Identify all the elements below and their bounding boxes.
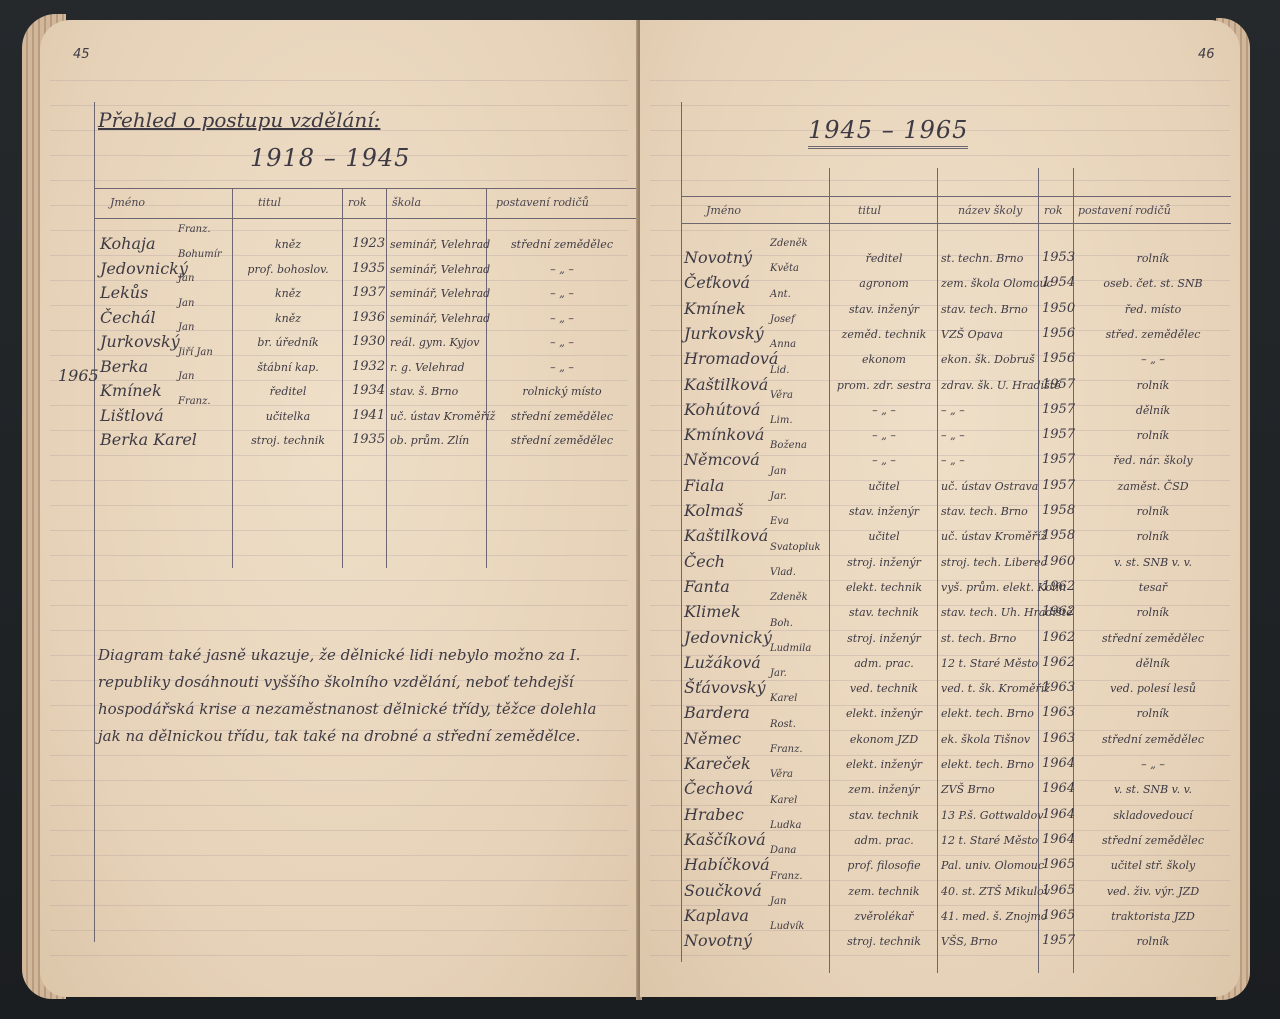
ruled-line [650, 105, 1230, 106]
school-cell: zem. škola Olomouc [941, 277, 1053, 290]
page-number-right: 46 [1198, 47, 1215, 62]
school-cell: 13 P.š. Gottwaldov [941, 809, 1043, 822]
title-cell: stav. inženýr [834, 303, 934, 316]
ruled-line [50, 555, 628, 556]
school-cell: uč. ústav Ostrava [941, 480, 1038, 493]
title-cell: stroj. technik [834, 935, 934, 948]
school-cell: seminář, Velehrad [390, 238, 490, 251]
parents-cell: ved. živ. výr. JZD [1078, 885, 1228, 898]
surname: Němec [684, 729, 741, 748]
title-cell: prom. zdr. sestra [834, 379, 934, 392]
surname: Kolmaš [684, 501, 743, 520]
right-page: 46 1945 – 1965 Jméno titul název školy r… [640, 20, 1240, 997]
year-cell: 1964 [1042, 756, 1075, 771]
given-name: Jan [770, 896, 786, 907]
surname: Hrabec [684, 805, 744, 824]
surname: Kohaja [100, 234, 156, 253]
given-name: Ludmila [770, 643, 811, 654]
surname: Jedovnický [684, 628, 772, 647]
surname: Čech [684, 552, 725, 571]
period-heading: 1945 – 1965 [808, 116, 968, 149]
surname: Kaštilková [684, 375, 768, 394]
ruled-line [50, 505, 628, 506]
column-header-title: titul [258, 196, 281, 209]
surname: Kmínek [100, 381, 162, 400]
given-name: Jan [178, 371, 194, 382]
parents-cell: dělník [1078, 404, 1228, 417]
year-cell: 1923 [352, 236, 385, 251]
ruled-line [50, 905, 628, 906]
given-name: Svatopluk [770, 542, 821, 553]
column-divider [232, 188, 233, 568]
parents-cell: střední zemědělec [1078, 632, 1228, 645]
ruled-line [650, 180, 1230, 181]
given-name: Vlad. [770, 567, 796, 578]
parents-cell: střední zemědělec [492, 410, 632, 423]
column-divider [937, 168, 938, 973]
school-cell: stav. tech. Brno [941, 505, 1028, 518]
parents-cell: rolník [1078, 252, 1228, 265]
surname: Lužáková [684, 653, 761, 672]
column-header-school: název školy [958, 204, 1022, 217]
title-cell: kněz [240, 312, 336, 325]
surname: Jurkovský [100, 332, 180, 351]
surname: Kmínek [684, 299, 746, 318]
column-header-parents: postavení rodičů [496, 196, 589, 209]
ruled-line [50, 605, 628, 606]
title-cell: stav. technik [834, 809, 934, 822]
ruled-line [650, 155, 1230, 156]
year-cell: 1957 [1042, 402, 1075, 417]
title-cell: učitel [834, 480, 934, 493]
parents-cell: řed. místo [1078, 303, 1228, 316]
parents-cell: rolnický místo [492, 385, 632, 398]
column-divider [386, 188, 387, 568]
table-header-rule [94, 218, 638, 219]
year-cell: 1962 [1042, 630, 1075, 645]
title-cell: štábní kap. [240, 361, 336, 374]
year-cell: 1954 [1042, 275, 1075, 290]
title-cell: zem. technik [834, 885, 934, 898]
title-cell: kněz [240, 238, 336, 251]
school-cell: stav. tech. Brno [941, 303, 1028, 316]
year-cell: 1932 [352, 359, 385, 374]
title-cell: kněz [240, 287, 336, 300]
surname: Hromadová [684, 349, 778, 368]
given-name: Jar. [770, 491, 787, 502]
school-cell: VZŠ Opava [941, 328, 1003, 341]
title-cell: stroj. inženýr [834, 632, 934, 645]
ruled-line [50, 880, 628, 881]
parents-cell: rolník [1078, 530, 1228, 543]
title-cell: br. úředník [240, 336, 336, 349]
school-cell: – „ – [941, 429, 965, 442]
title-cell: elekt. technik [834, 581, 934, 594]
margin-note-year: 1965 [58, 366, 99, 385]
column-header-year: rok [348, 196, 367, 209]
given-name: Věra [770, 390, 793, 401]
surname: Berka [100, 357, 148, 376]
given-name: Zdeněk [770, 592, 808, 603]
surname: Kohútová [684, 400, 760, 419]
title-cell: stroj. technik [240, 434, 336, 447]
parents-cell: skladovedoucí [1078, 809, 1228, 822]
ruled-line [50, 455, 628, 456]
year-cell: 1960 [1042, 554, 1075, 569]
column-header-name: Jméno [110, 196, 145, 209]
given-name: Boh. [770, 618, 793, 629]
ruled-line [50, 105, 628, 106]
given-name: Věra [770, 769, 793, 780]
year-cell: 1957 [1042, 377, 1075, 392]
school-cell: ZVŠ Brno [941, 783, 995, 796]
parents-cell: – „ – [492, 336, 632, 349]
ruled-line [50, 330, 628, 331]
parents-cell: rolník [1078, 429, 1228, 442]
parents-cell: rolník [1078, 379, 1228, 392]
title-cell: stroj. inženýr [834, 556, 934, 569]
year-cell: 1956 [1042, 326, 1075, 341]
ruled-line [50, 780, 628, 781]
school-cell: – „ – [941, 404, 965, 417]
school-cell: 12 t. Staré Město [941, 657, 1038, 670]
surname: Kareček [684, 754, 751, 773]
year-cell: 1964 [1042, 781, 1075, 796]
year-cell: 1935 [352, 432, 385, 447]
title-cell: – „ – [834, 404, 934, 417]
column-header-name: Jméno [706, 204, 741, 217]
title-cell: prof. bohoslov. [240, 263, 336, 276]
surname: Němcová [684, 450, 760, 469]
surname: Novotný [684, 248, 752, 267]
school-cell: st. tech. Brno [941, 632, 1016, 645]
given-name: Jan [178, 322, 194, 333]
surname: Novotný [684, 931, 752, 950]
column-header-parents: postavení rodičů [1078, 204, 1171, 217]
year-cell: 1962 [1042, 579, 1075, 594]
ruled-line [50, 480, 628, 481]
summary-paragraph: Diagram také jasně ukazuje, že dělnické … [98, 642, 618, 750]
table-top-rule [94, 188, 638, 189]
title-cell: zem. inženýr [834, 783, 934, 796]
parents-cell: střed. zemědělec [1078, 328, 1228, 341]
title-cell: – „ – [834, 454, 934, 467]
title-cell: – „ – [834, 429, 934, 442]
given-name: Ludvík [770, 921, 804, 932]
title-cell: ved. technik [834, 682, 934, 695]
surname: Lištlová [100, 406, 164, 425]
surname: Čechová [684, 779, 753, 798]
title-cell: ředitel [240, 385, 336, 398]
parents-cell: oseb. čet. st. SNB [1078, 277, 1228, 290]
title-cell: zeměd. technik [834, 328, 934, 341]
year-cell: 1965 [1042, 908, 1075, 923]
given-name: Jiří Jan [178, 347, 213, 358]
surname: Bardera [684, 703, 750, 722]
ruled-line [50, 755, 628, 756]
school-cell: reál. gym. Kyjov [390, 336, 480, 349]
given-name: Ant. [770, 289, 791, 300]
page-number-left: 45 [73, 47, 90, 62]
parents-cell: rolník [1078, 935, 1228, 948]
column-divider [342, 188, 343, 568]
school-cell: r. g. Velehrad [390, 361, 465, 374]
year-cell: 1937 [352, 285, 385, 300]
year-cell: 1963 [1042, 731, 1075, 746]
given-name: Jar. [770, 668, 787, 679]
school-cell: ob. prům. Zlín [390, 434, 469, 447]
surname: Habíčková [684, 855, 770, 874]
surname: Klimek [684, 602, 741, 621]
parents-cell: – „ – [1078, 758, 1228, 771]
column-header-title: titul [858, 204, 881, 217]
given-name: Bohumír [178, 249, 222, 260]
surname: Kaščíková [684, 830, 766, 849]
year-cell: 1963 [1042, 680, 1075, 695]
title-cell: ekonom [834, 353, 934, 366]
surname: Fanta [684, 577, 730, 596]
given-name: Eva [770, 516, 789, 527]
year-cell: 1963 [1042, 705, 1075, 720]
school-cell: – „ – [941, 454, 965, 467]
year-cell: 1965 [1042, 857, 1075, 872]
title-cell: stav. inženýr [834, 505, 934, 518]
year-cell: 1930 [352, 334, 385, 349]
given-name: Dana [770, 845, 796, 856]
title-cell: prof. filosofie [834, 859, 934, 872]
given-name: Anna [770, 339, 796, 350]
school-cell: seminář, Velehrad [390, 263, 490, 276]
parents-cell: rolník [1078, 606, 1228, 619]
parents-cell: střední zemědělec [1078, 834, 1228, 847]
parents-cell: – „ – [1078, 353, 1228, 366]
given-name: Jan [770, 466, 786, 477]
ruled-line [50, 580, 628, 581]
school-cell: ekon. šk. Dobruš [941, 353, 1035, 366]
title-cell: stav. technik [834, 606, 934, 619]
margin-line [94, 102, 95, 942]
ruled-line [50, 630, 628, 631]
title-cell: ekonom JZD [834, 733, 934, 746]
ruled-line [50, 530, 628, 531]
ruled-line [50, 805, 628, 806]
given-name: Karel [770, 795, 797, 806]
year-cell: 1965 [1042, 883, 1075, 898]
year-cell: 1958 [1042, 528, 1075, 543]
surname: Fiala [684, 476, 724, 495]
parents-cell: ved. polesí lesů [1078, 682, 1228, 695]
ruled-line [50, 180, 628, 181]
ruled-line [50, 305, 628, 306]
ruled-line [50, 255, 628, 256]
school-cell: stroj. tech. Liberec [941, 556, 1047, 569]
surname: Berka Karel [100, 430, 197, 449]
title-cell: ředitel [834, 252, 934, 265]
ruled-line [50, 280, 628, 281]
column-divider [829, 168, 830, 973]
surname: Čeťková [684, 273, 750, 292]
surname: Jurkovský [684, 324, 764, 343]
school-cell: ved. t. šk. Kroměříž [941, 682, 1050, 695]
title-cell: elekt. inženýr [834, 758, 934, 771]
parents-cell: traktorista JZD [1078, 910, 1228, 923]
year-cell: 1964 [1042, 807, 1075, 822]
year-cell: 1941 [352, 408, 385, 423]
school-cell: 40. st. ZTŠ Mikulov [941, 885, 1050, 898]
school-cell: Pal. univ. Olomouc [941, 859, 1044, 872]
year-cell: 1935 [352, 261, 385, 276]
left-page: 45 Přehled o postupu vzdělání: 1918 – 19… [40, 20, 638, 997]
school-cell: ek. škola Tišnov [941, 733, 1030, 746]
school-cell: seminář, Velehrad [390, 287, 490, 300]
column-header-year: rok [1044, 204, 1063, 217]
parents-cell: střední zemědělec [492, 434, 632, 447]
school-cell: st. techn. Brno [941, 252, 1023, 265]
page-title: Přehled o postupu vzdělání: [98, 108, 380, 132]
given-name: Rost. [770, 719, 796, 730]
parents-cell: rolník [1078, 707, 1228, 720]
period-heading: 1918 – 1945 [250, 144, 410, 172]
given-name: Zdeněk [770, 238, 808, 249]
surname: Jedovnický [100, 259, 188, 278]
year-cell: 1957 [1042, 478, 1075, 493]
parents-cell: rolník [1078, 505, 1228, 518]
school-cell: elekt. tech. Brno [941, 758, 1034, 771]
year-cell: 1957 [1042, 933, 1075, 948]
ruled-line [650, 955, 1230, 956]
given-name: Karel [770, 693, 797, 704]
title-cell: adm. prac. [834, 834, 934, 847]
parents-cell: v. st. SNB v. v. [1078, 556, 1228, 569]
school-cell: 12 t. Staré Město [941, 834, 1038, 847]
ruled-line [50, 930, 628, 931]
column-header-school: škola [392, 196, 421, 209]
given-name: Lim. [770, 415, 793, 426]
given-name: Jan [178, 298, 194, 309]
parents-cell: – „ – [492, 312, 632, 325]
school-cell: VŠS, Brno [941, 935, 997, 948]
ruled-line [50, 830, 628, 831]
year-cell: 1958 [1042, 503, 1075, 518]
margin-line [681, 102, 682, 962]
parents-cell: – „ – [492, 287, 632, 300]
year-cell: 1934 [352, 383, 385, 398]
given-name: Josef [770, 314, 795, 325]
year-cell: 1957 [1042, 427, 1075, 442]
year-cell: 1953 [1042, 250, 1075, 265]
school-cell: elekt. tech. Brno [941, 707, 1034, 720]
parents-cell: – „ – [492, 361, 632, 374]
parents-cell: v. st. SNB v. v. [1078, 783, 1228, 796]
title-cell: zvěrolékař [834, 910, 934, 923]
given-name: Ludka [770, 820, 802, 831]
given-name: Franz. [770, 744, 803, 755]
year-cell: 1962 [1042, 604, 1075, 619]
school-cell: 41. med. š. Znojmo [941, 910, 1047, 923]
surname: Šťávovský [684, 678, 766, 697]
given-name: Franz. [770, 871, 803, 882]
year-cell: 1936 [352, 310, 385, 325]
parents-cell: dělník [1078, 657, 1228, 670]
year-cell: 1950 [1042, 301, 1075, 316]
school-cell: seminář, Velehrad [390, 312, 490, 325]
ruled-line [650, 230, 1230, 231]
surname: Kaplava [684, 906, 749, 925]
parents-cell: tesař [1078, 581, 1228, 594]
year-cell: 1962 [1042, 655, 1075, 670]
parents-cell: řed. nár. školy [1078, 454, 1228, 467]
title-cell: adm. prac. [834, 657, 934, 670]
title-cell: učitel [834, 530, 934, 543]
school-cell: uč. ústav Kroměříž [941, 530, 1046, 543]
title-cell: učitelka [240, 410, 336, 423]
table-top-rule [681, 196, 1231, 197]
ruled-line [50, 955, 628, 956]
given-name: Franz. [178, 396, 211, 407]
given-name: Květa [770, 263, 799, 274]
parents-cell: zaměst. ČSD [1078, 480, 1228, 493]
ruled-line [50, 855, 628, 856]
given-name: Lid. [770, 365, 789, 376]
ruled-line [50, 230, 628, 231]
title-cell: agronom [834, 277, 934, 290]
year-cell: 1964 [1042, 832, 1075, 847]
table-header-rule [681, 223, 1231, 224]
year-cell: 1957 [1042, 452, 1075, 467]
given-name: Božena [770, 440, 807, 451]
school-cell: uč. ústav Kroměříž [390, 410, 495, 423]
given-name: Jan [178, 273, 194, 284]
surname: Kmínková [684, 425, 764, 444]
school-cell: stav. š. Brno [390, 385, 458, 398]
surname: Kaštilková [684, 526, 768, 545]
surname: Součková [684, 881, 762, 900]
surname: Lekůs [100, 283, 148, 302]
ruled-line [650, 80, 1230, 81]
parents-cell: – „ – [492, 263, 632, 276]
given-name: Franz. [178, 224, 211, 235]
parents-cell: učitel stř. školy [1078, 859, 1228, 872]
parents-cell: střední zemědělec [1078, 733, 1228, 746]
ruled-line [50, 80, 628, 81]
year-cell: 1956 [1042, 351, 1075, 366]
title-cell: elekt. inženýr [834, 707, 934, 720]
surname: Čechál [100, 308, 156, 327]
parents-cell: střední zemědělec [492, 238, 632, 251]
